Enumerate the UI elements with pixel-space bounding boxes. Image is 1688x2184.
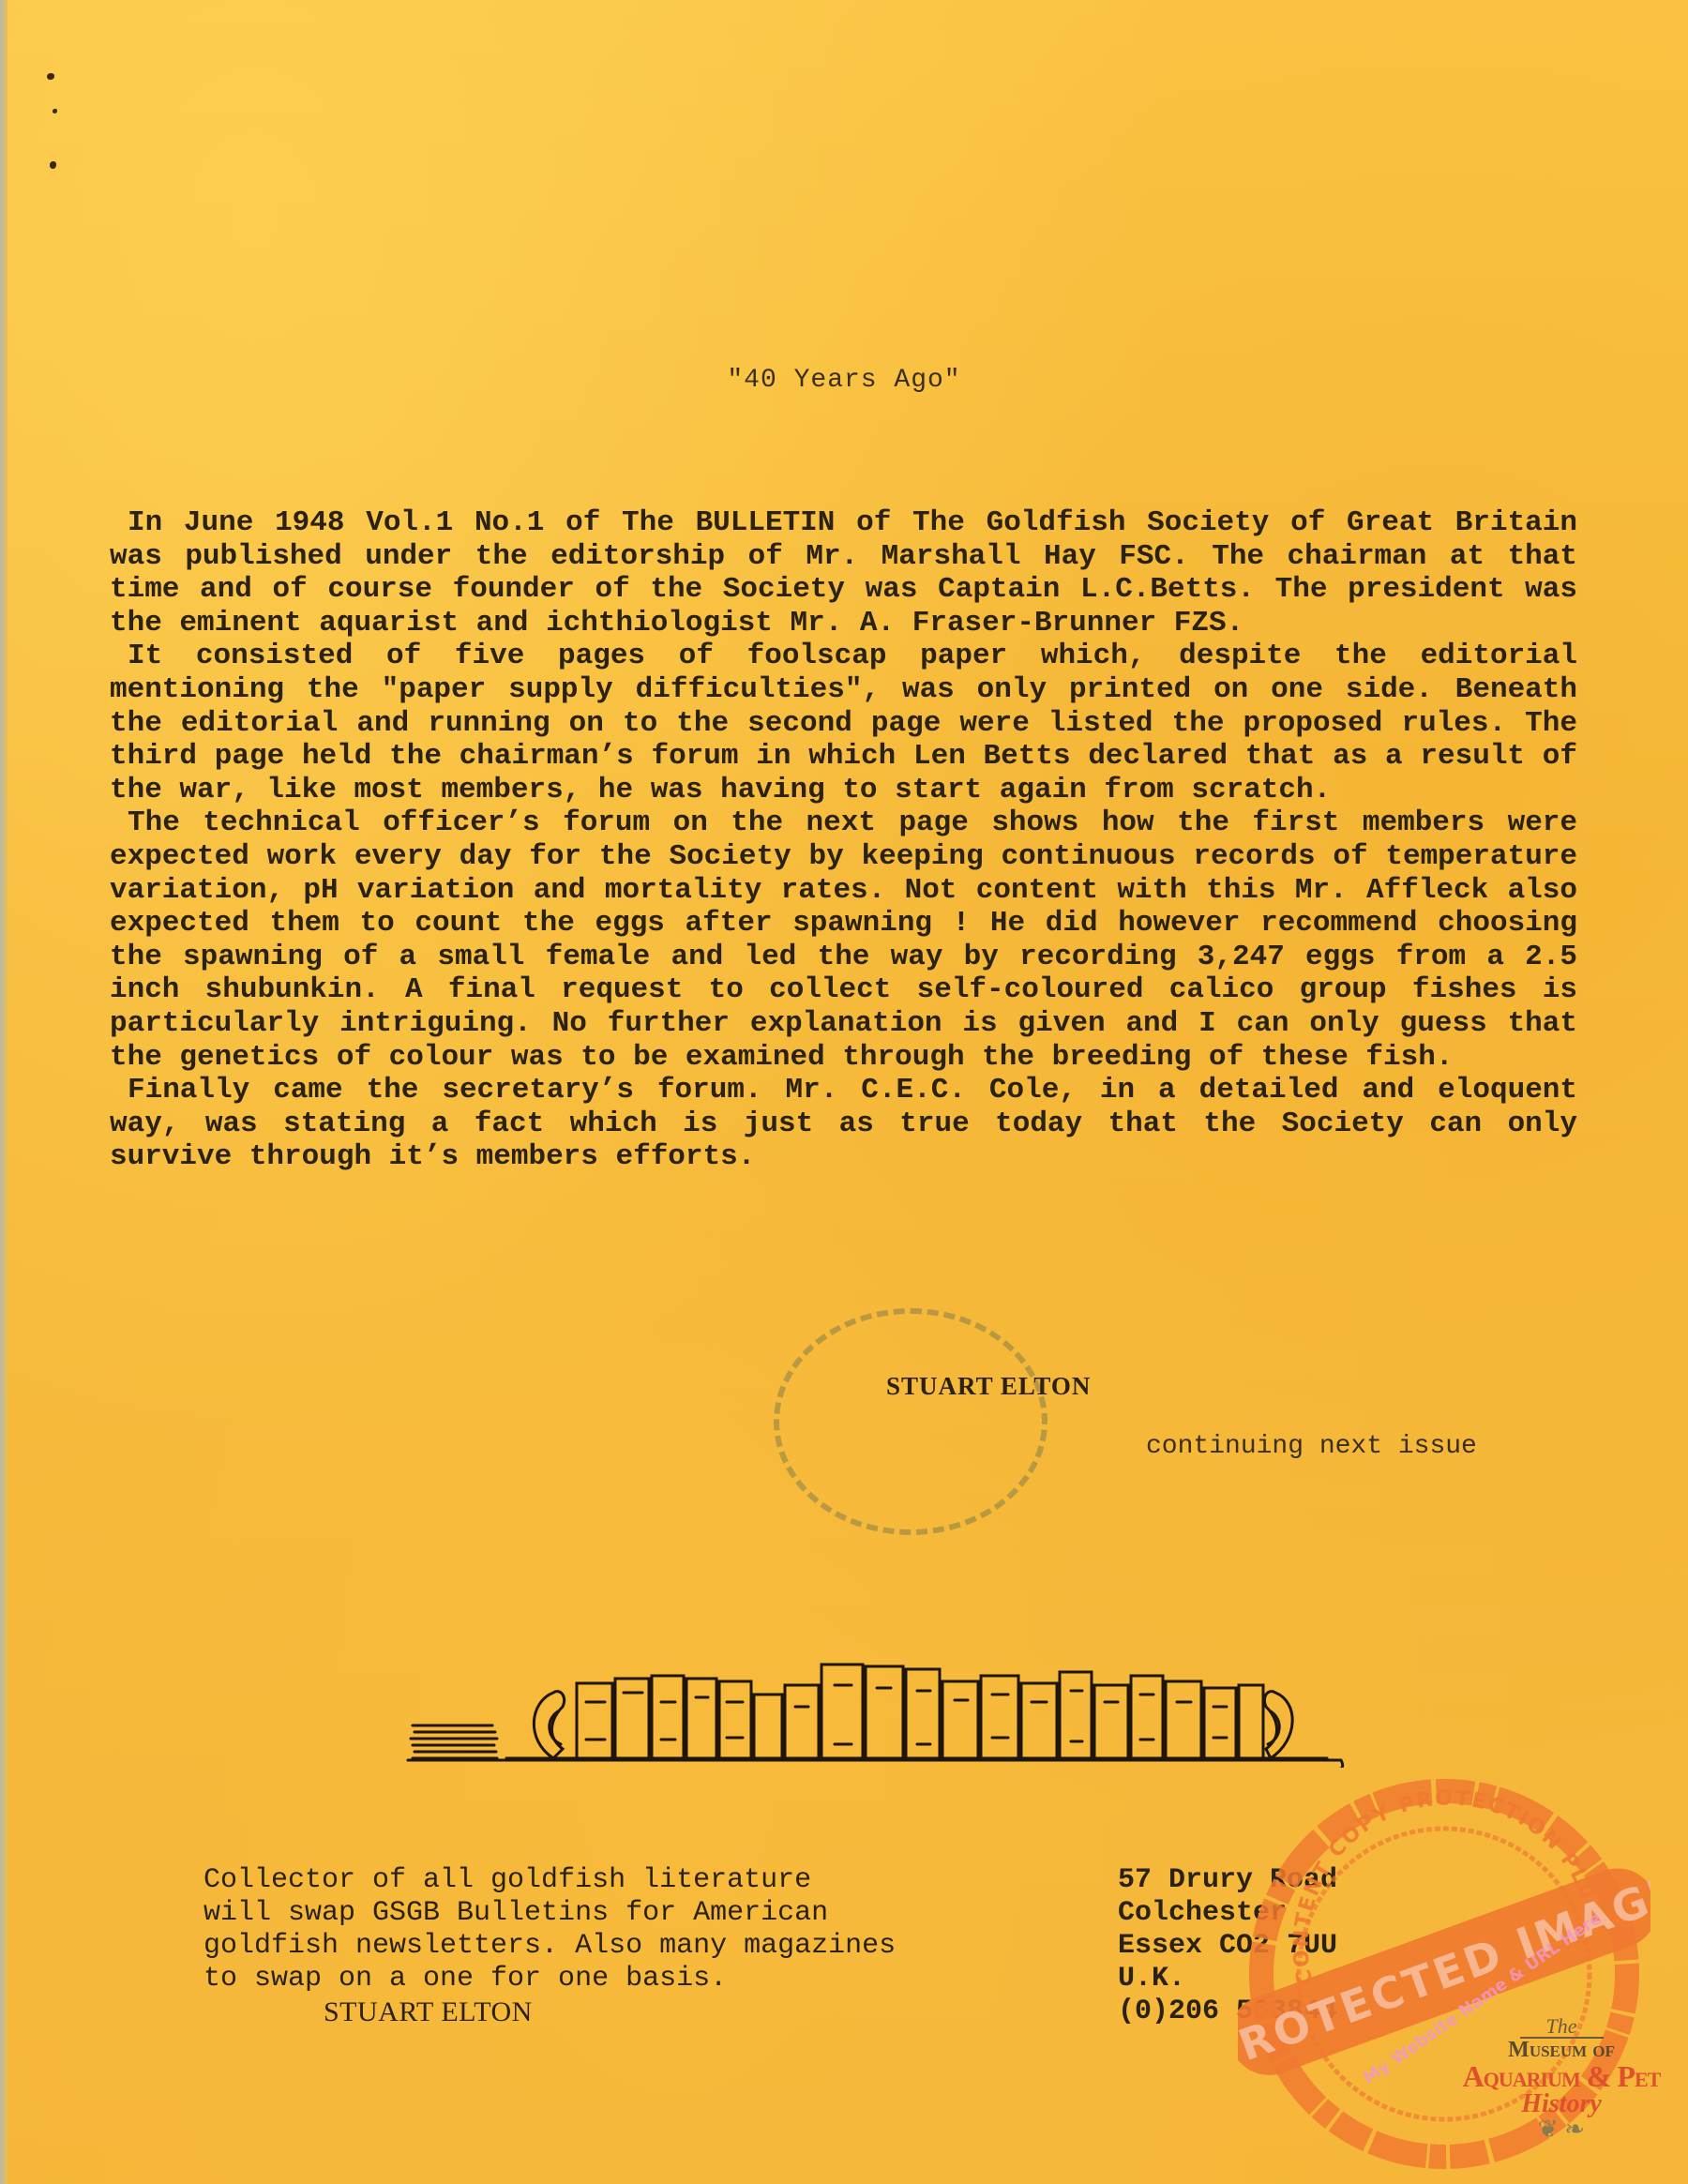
phone-number: (0)206 563844 (1118, 1996, 1337, 2028)
paragraph: The technical officer’s forum on the nex… (110, 806, 1577, 1074)
contact-address: 57 Drury Road Colchester Essex CO2 7UU U… (1118, 1864, 1337, 2028)
address-line: U.K. (1118, 1963, 1337, 1996)
advert-line: to swap on a one for one basis. (203, 1963, 896, 1996)
punch-hole-3 (50, 161, 56, 169)
advert-line: will swap GSGB Bulletins for American (203, 1897, 896, 1930)
flourish-icon: ❦ ❧ (1444, 2117, 1679, 2142)
address-line: 57 Drury Road (1118, 1864, 1337, 1897)
paragraph: In June 1948 Vol.1 No.1 of The BULLETIN … (110, 506, 1577, 640)
museum-logo: The Museum of Aquarium & Pet History ❦ ❧ (1444, 2016, 1679, 2166)
punch-hole-2 (53, 109, 57, 113)
address-line: Essex CO2 7UU (1118, 1930, 1337, 1963)
swap-advert: Collector of all goldfish literature wil… (203, 1864, 896, 2028)
paragraph: It consisted of five pages of foolscap p… (110, 640, 1577, 806)
punch-hole-1 (47, 73, 54, 80)
paragraph: Finally came the secretary’s forum. Mr. … (110, 1074, 1577, 1174)
article-signature: STUART ELTON (886, 1372, 1091, 1401)
advert-signature: STUART ELTON (203, 1996, 896, 2028)
continuation-note: continuing next issue (1146, 1432, 1477, 1461)
address-line: Colchester (1118, 1897, 1337, 1930)
article-body: In June 1948 Vol.1 No.1 of The BULLETIN … (110, 506, 1577, 1174)
postmark-stamp (774, 1308, 1047, 1535)
article-title: "40 Years Ago" (0, 366, 1688, 395)
advert-line: Collector of all goldfish literature (203, 1864, 896, 1897)
bookshelf-icon (403, 1627, 1350, 1768)
advert-line: goldfish newsletters. Also many magazine… (203, 1930, 896, 1963)
paper-left-edge (0, 0, 8, 2184)
